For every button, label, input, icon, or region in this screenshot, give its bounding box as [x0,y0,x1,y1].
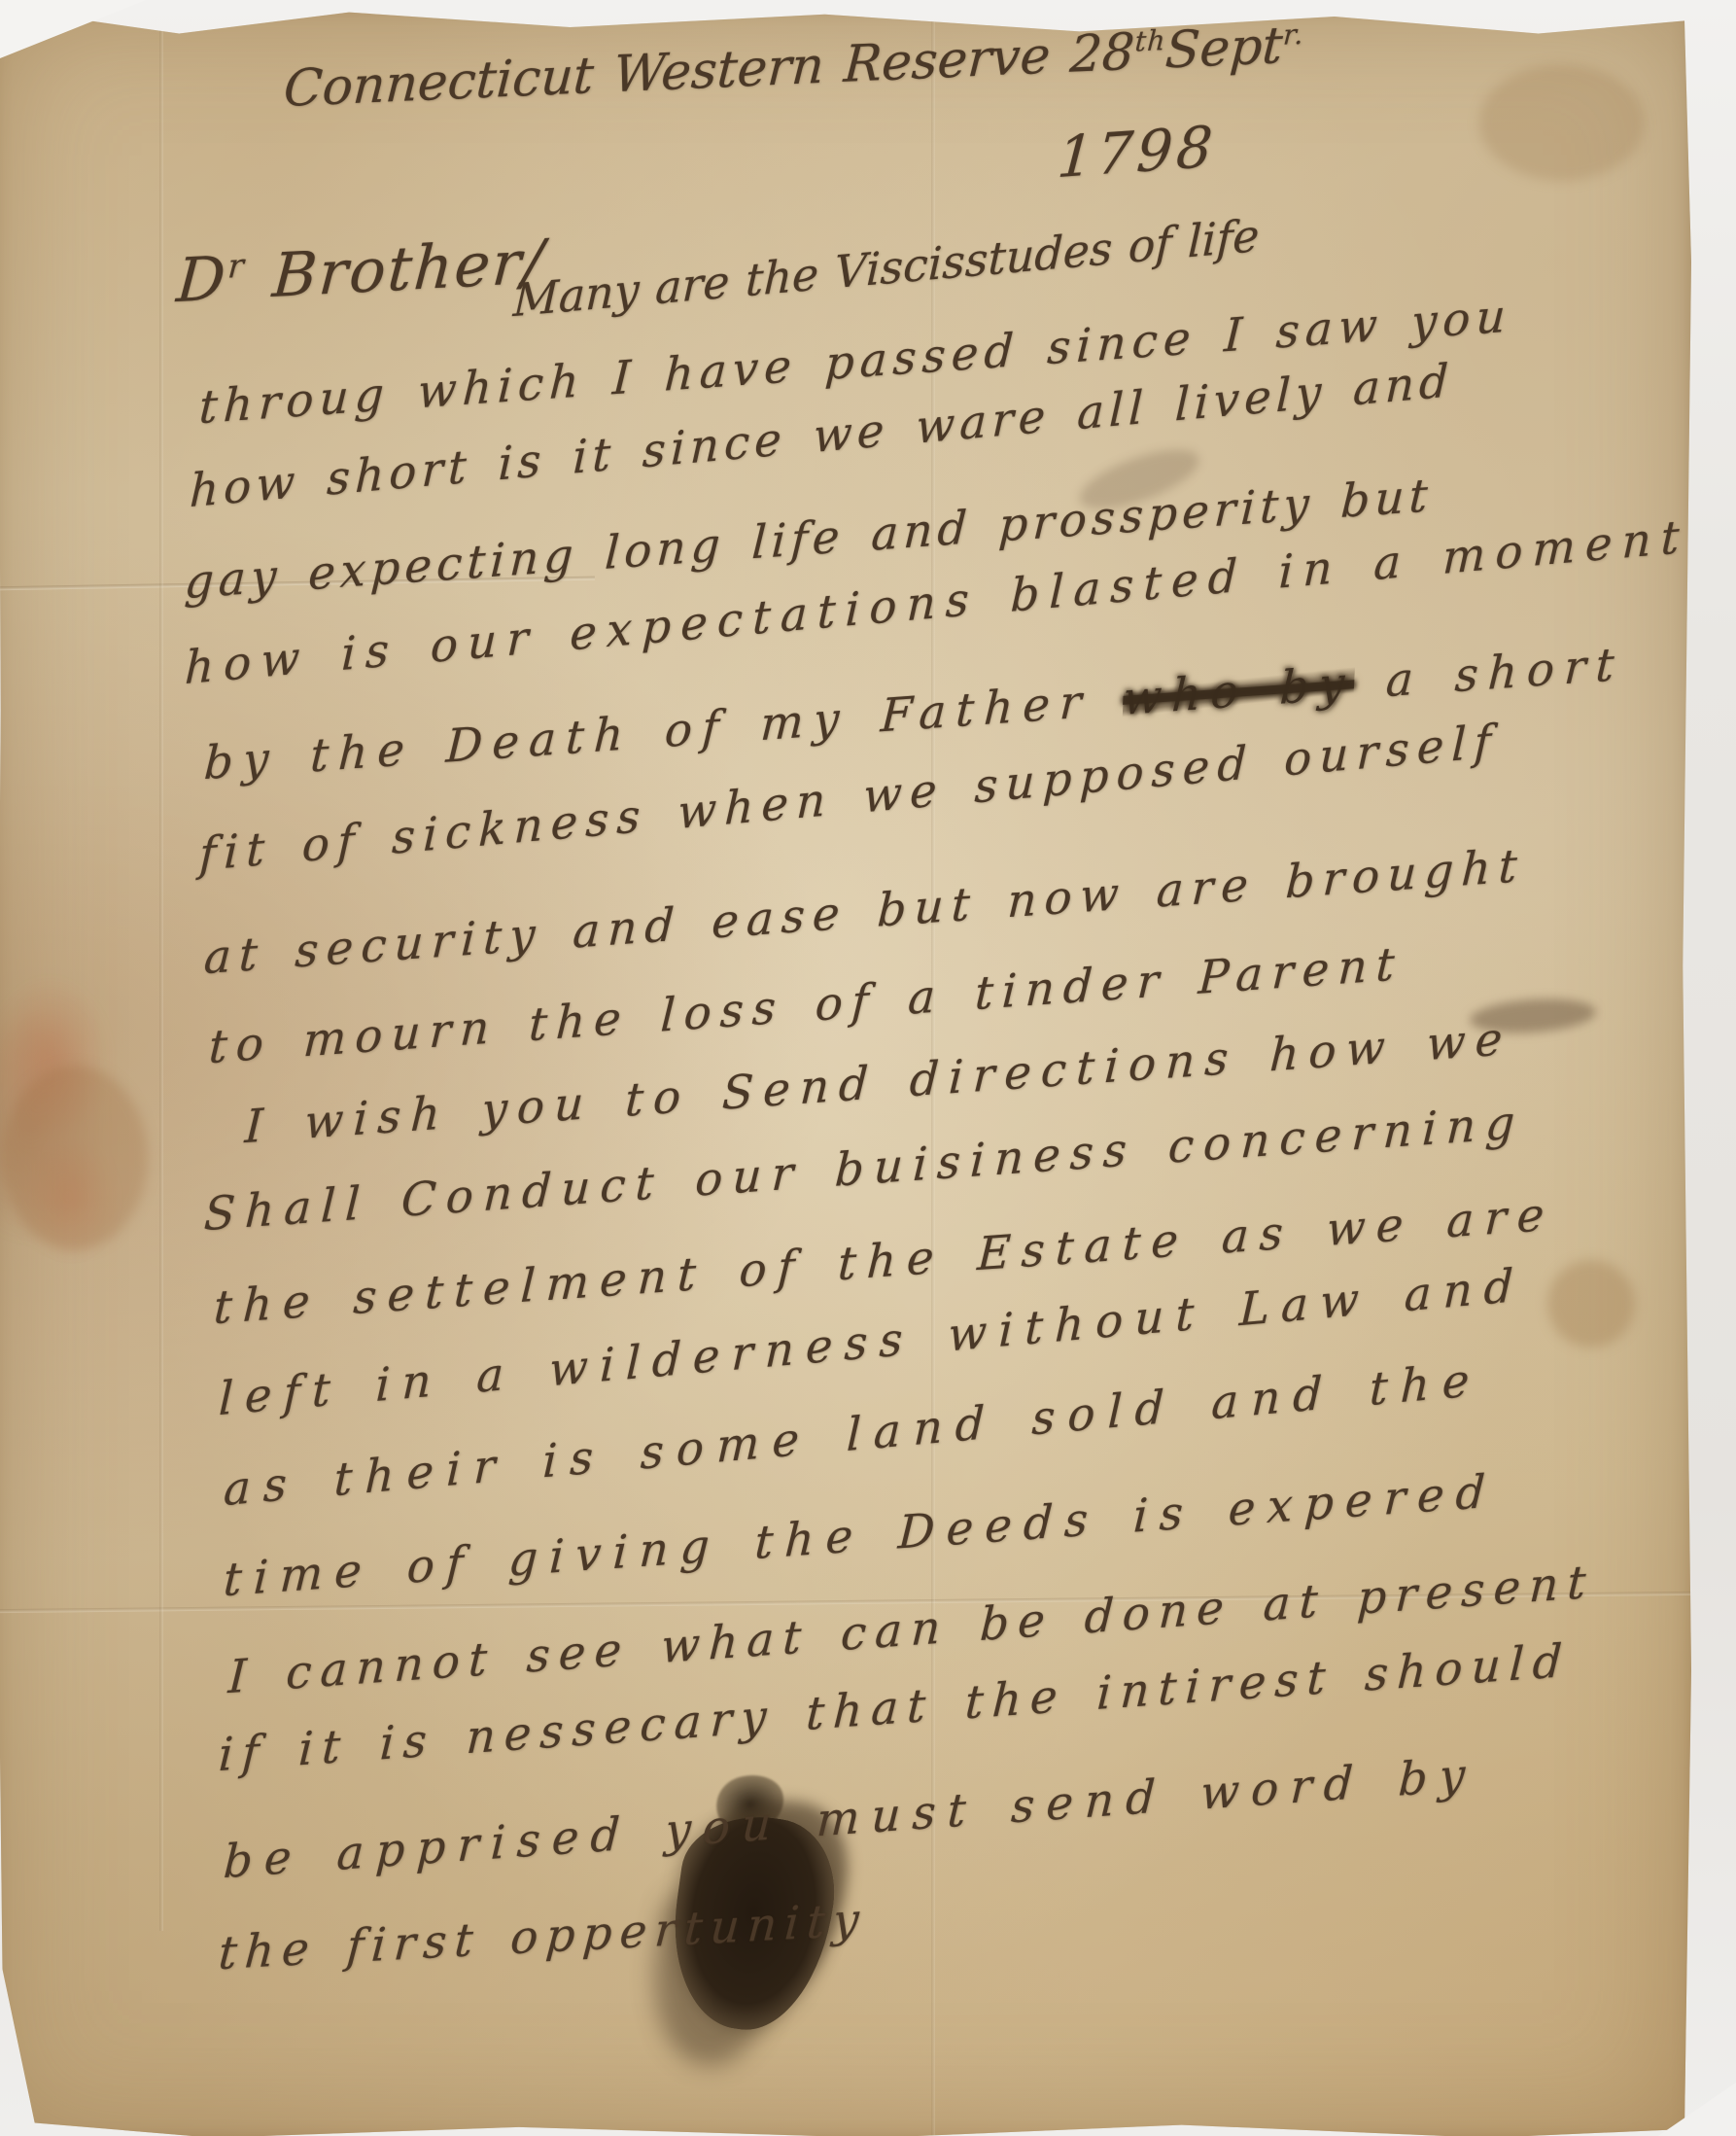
brown-stain-left [2,1066,148,1250]
dateline-year: 1798 [1056,113,1219,191]
scanned-letter-photo: { "document": { "kind": "handwritten-let… [0,0,1736,2136]
salutation-initial: D [174,242,229,316]
dateline-ordinal: th [1134,23,1167,58]
year-text: 1798 [1056,113,1219,191]
dateline-day: 28 [1068,23,1136,85]
brown-stain-right-mid [1547,1260,1635,1348]
dateline-month-sup: r. [1282,18,1305,52]
brown-stain-top-right [1479,64,1645,181]
scan-background: Connecticut Western Reserve 28thSeptr. 1… [0,0,1736,2136]
salutation-superscript: r [226,247,246,287]
dateline-month: Sept [1163,17,1284,80]
salutation-rest: Brother/ [270,226,547,311]
